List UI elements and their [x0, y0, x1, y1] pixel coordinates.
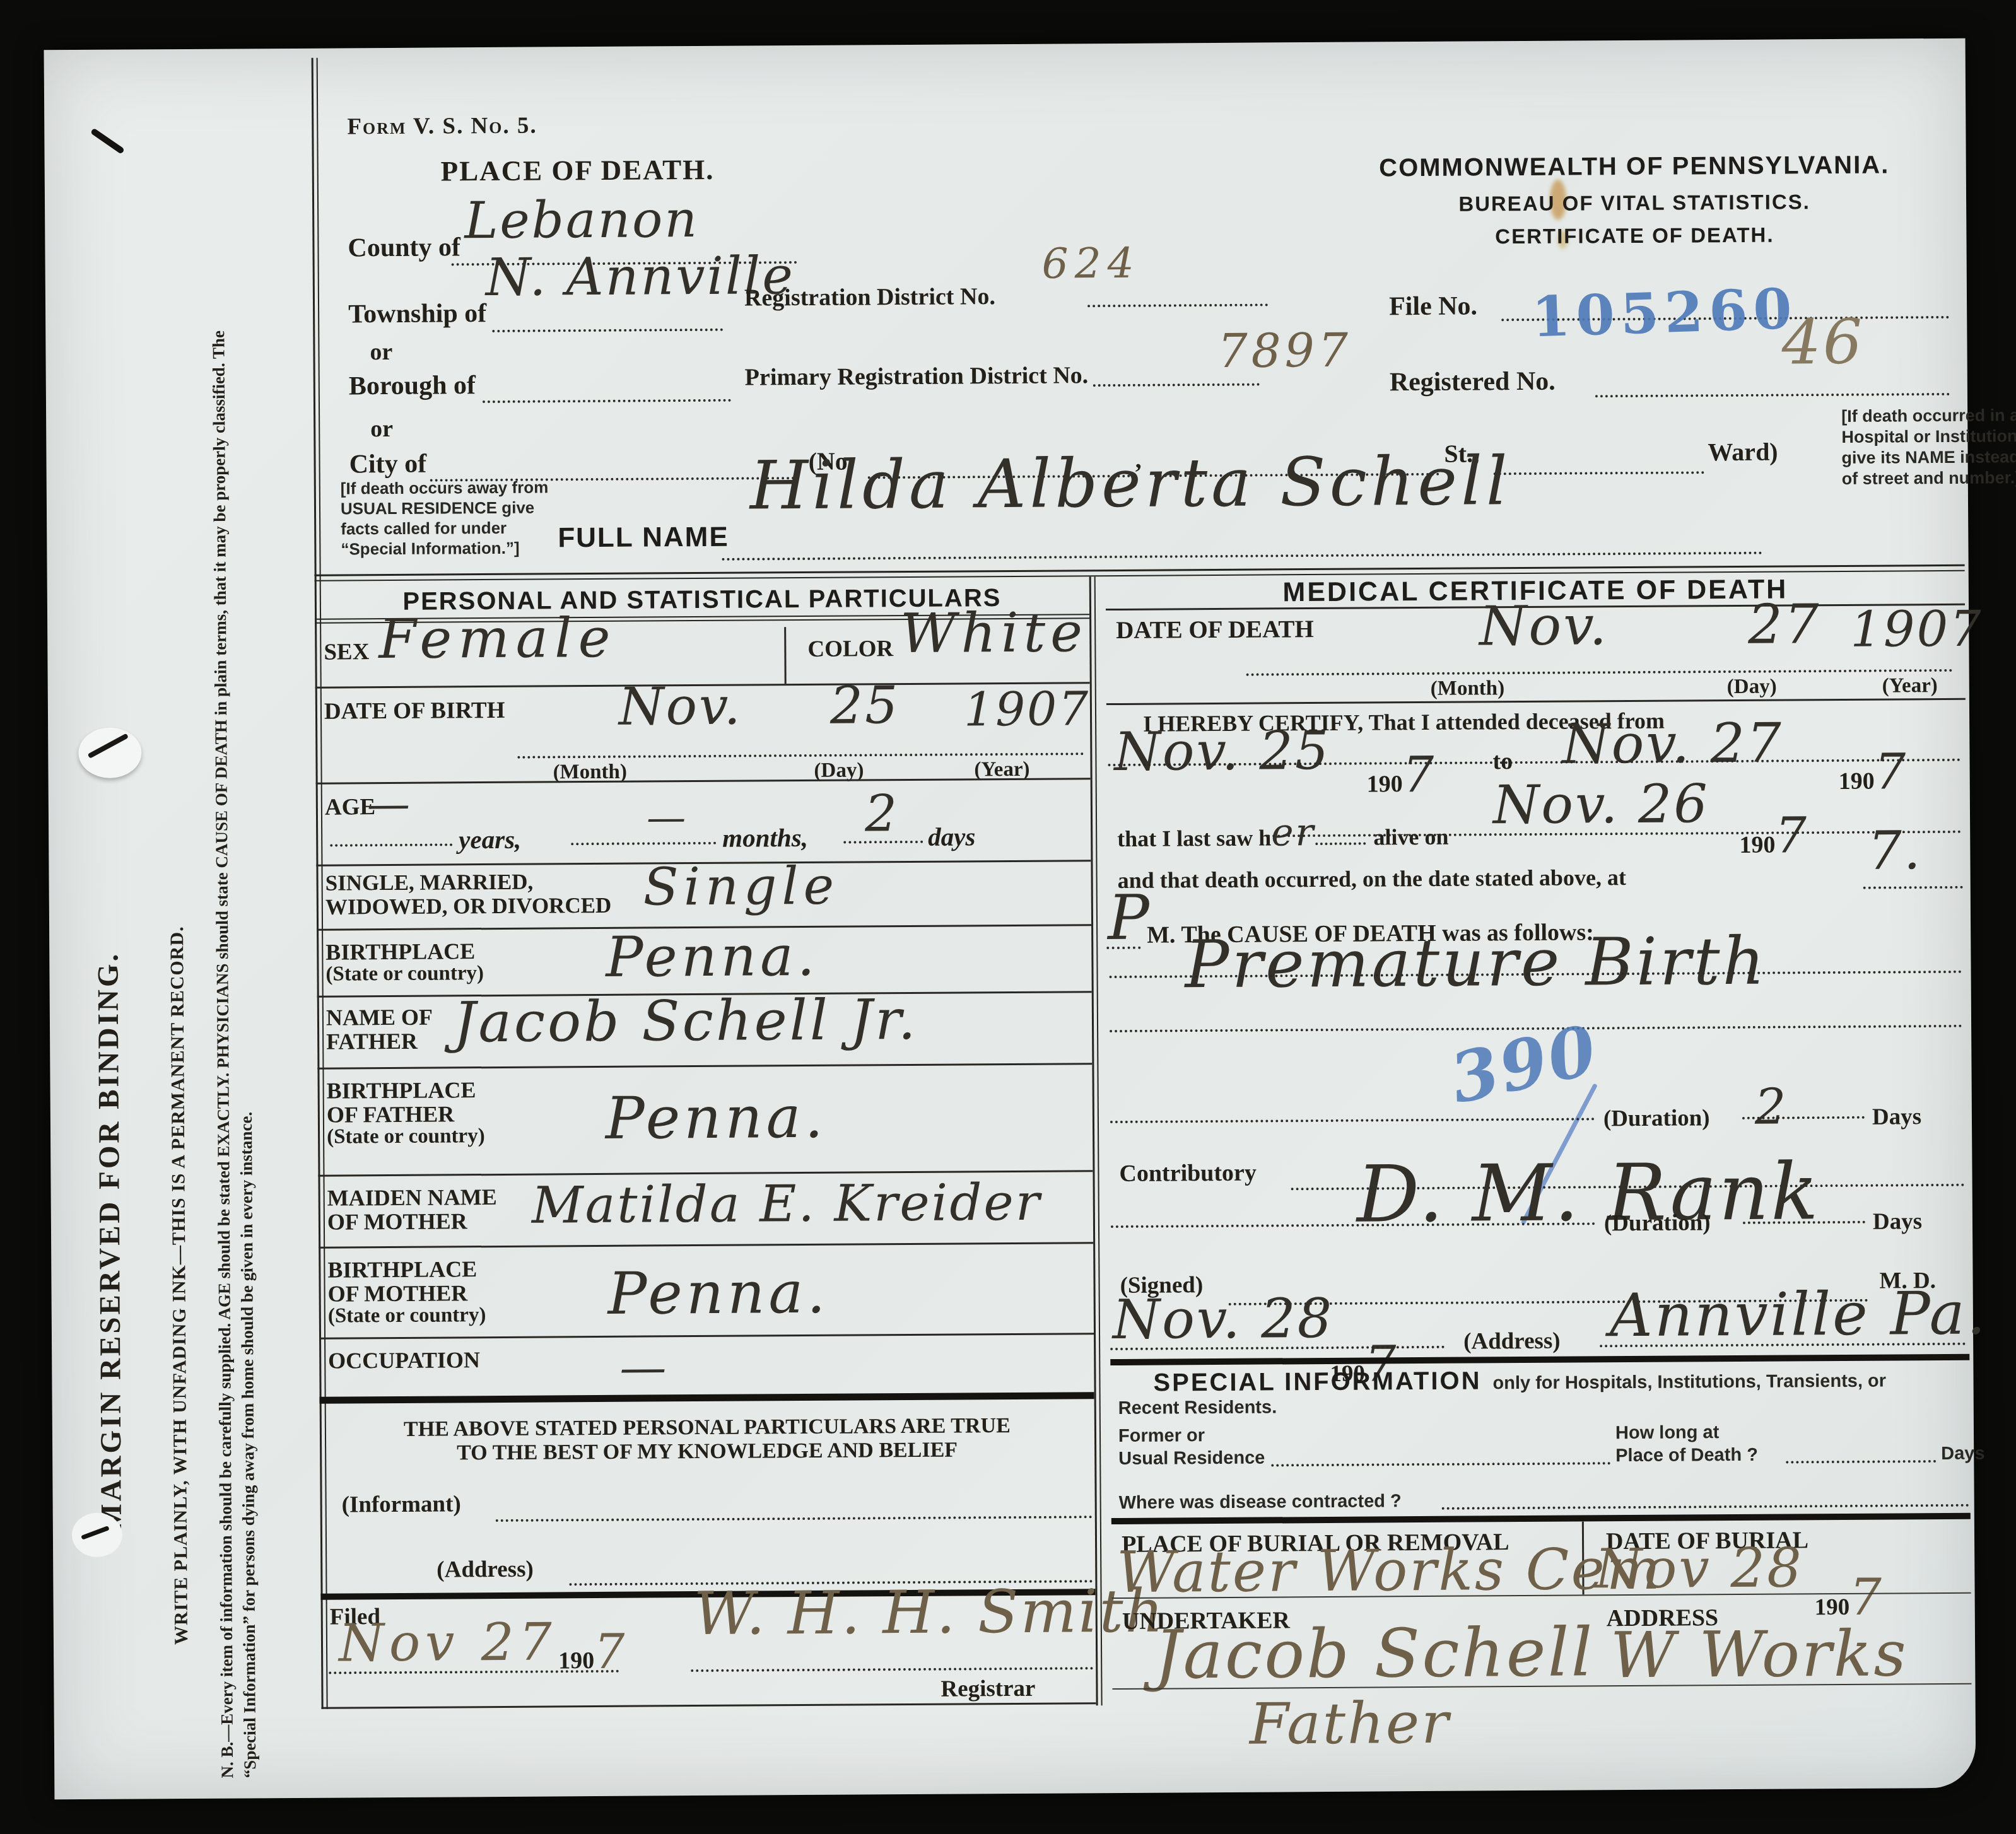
attended-to-year-print: 190 — [1839, 768, 1875, 795]
hospital-note: [If death occurred in a Hospital or Inst… — [1841, 405, 2016, 489]
dod-label: DATE OF DEATH — [1116, 615, 1314, 645]
file-no-stamp: 105260 — [1531, 276, 1799, 350]
disease-contracted-label: Where was disease contracted ? — [1119, 1491, 1402, 1514]
last-saw-er-script: er — [1271, 810, 1316, 855]
township-line[interactable] — [492, 329, 723, 332]
dob-day-value: 25 — [830, 675, 900, 736]
attended-to-value: Nov. 27 — [1562, 712, 1783, 776]
paper-tear — [72, 1513, 122, 1557]
father-name-label-2: FATHER — [326, 1028, 418, 1055]
last-saw-gap-line — [1316, 843, 1366, 845]
duration-lead-line[interactable] — [1110, 1118, 1595, 1123]
occupation-label: OCCUPATION — [328, 1346, 480, 1374]
mother-name-label-2: OF MOTHER — [327, 1208, 467, 1235]
sex-label: SEX — [324, 638, 369, 665]
signed-date-value: Nov. 28 — [1113, 1287, 1334, 1352]
dod-day-value: 27 — [1748, 593, 1821, 657]
attended-to-year: 1907 — [1838, 744, 1908, 801]
age-years-line[interactable] — [330, 843, 452, 846]
registered-no-line[interactable] — [1595, 393, 1950, 397]
former-residence-label-1: Former or — [1118, 1425, 1205, 1447]
registrar-line[interactable] — [691, 1667, 1093, 1672]
age-months-value: — — [647, 794, 688, 840]
dod-day-caption: (Day) — [1727, 675, 1777, 699]
commonwealth-line: COMMONWEALTH OF PENNSYLVANIA. — [1319, 151, 1950, 183]
pm-line — [1106, 947, 1140, 949]
dob-label: DATE OF BIRTH — [324, 697, 505, 725]
primary-registration-value: 7897 — [1217, 324, 1352, 378]
file-no-label: File No. — [1389, 291, 1477, 322]
duration-line[interactable] — [1742, 1116, 1865, 1119]
special-info-heading: SPECIAL INFORMATION — [1153, 1367, 1481, 1397]
signed-address-label: (Address) — [1463, 1328, 1561, 1355]
certificate-line: CERTIFICATE OF DEATH. — [1319, 222, 1950, 250]
registration-district-line[interactable] — [1087, 303, 1268, 307]
paper-tear-slit — [90, 128, 125, 155]
or-word-2: or — [370, 415, 393, 443]
signed-address-value: Annville Pa. — [1610, 1280, 1988, 1351]
alive-on-label: alive on — [1373, 824, 1448, 851]
full-name-value: Hilda Alberta Schell — [749, 442, 1511, 524]
marital-label: SINGLE, MARRIED, — [325, 870, 534, 896]
special-info-line2: Recent Residents. — [1118, 1397, 1277, 1419]
left-column-bottom-rule — [322, 1702, 1096, 1709]
primary-registration-line[interactable] — [1093, 383, 1260, 387]
burial-date-value: Nov 28 — [1595, 1536, 1803, 1601]
column-divider — [1089, 576, 1103, 1705]
full-name-line[interactable] — [722, 552, 1762, 561]
paper-tear — [78, 727, 141, 778]
row-rule — [319, 1333, 1094, 1340]
how-long-label-2: Place of Death ? — [1615, 1445, 1758, 1466]
father-name-label: NAME OF — [326, 1004, 433, 1031]
occupation-value: — — [619, 1340, 669, 1394]
or-word-1: or — [370, 338, 392, 366]
pm-script-value: P — [1108, 882, 1152, 954]
physician-signature: D. M. Rank — [1356, 1147, 1820, 1240]
attended-from-year-script: 7 — [1402, 747, 1436, 803]
former-residence-line[interactable] — [1271, 1462, 1610, 1466]
age-years-word: years, — [459, 824, 521, 855]
death-time-line[interactable] — [1863, 886, 1963, 889]
birthplace-value: Penna. — [606, 923, 819, 990]
section-rule-thick — [320, 1392, 1094, 1404]
birthplace-subcaption: (State or country) — [325, 962, 484, 986]
row-rule — [319, 1242, 1093, 1249]
attended-to-year-script: 7 — [1874, 744, 1908, 800]
attended-from-value: Nov. 25 — [1114, 720, 1330, 783]
undertaker-address-value: W Works — [1610, 1616, 1908, 1692]
disease-contracted-line[interactable] — [1442, 1504, 1969, 1510]
informant-address-label: (Address) — [437, 1556, 534, 1584]
special-info-qualifier: only for Hospitals, Institutions, Transi… — [1492, 1371, 1886, 1394]
mother-birthplace-value: Penna. — [607, 1259, 829, 1328]
how-long-label-1: How long at — [1615, 1422, 1720, 1444]
dod-month-value: Nov. — [1479, 594, 1609, 658]
father-birthplace-label: BIRTHPLACE — [327, 1077, 476, 1104]
county-label: County of — [348, 232, 460, 263]
place-of-death-heading: PLACE OF DEATH. — [441, 153, 715, 188]
age-days-line[interactable] — [843, 841, 923, 844]
duration-days-label: Days — [1872, 1103, 1921, 1130]
death-time-value: 7. — [1868, 819, 1923, 882]
age-months-word: months, — [722, 822, 808, 853]
residence-note: [If death occurs away from USUAL RESIDEN… — [341, 477, 556, 559]
mother-name-value: Matilda E. Kreider — [531, 1173, 1041, 1235]
dod-line[interactable] — [1246, 669, 1953, 676]
color-value: White — [900, 601, 1087, 665]
ward-line[interactable] — [1494, 471, 1704, 475]
registered-no-label: Registered No. — [1390, 366, 1556, 398]
dob-month-value: Nov. — [619, 677, 742, 737]
registration-district-label: Registration District No. — [744, 283, 995, 312]
last-alive-year-print: 190 — [1739, 831, 1775, 859]
form-number: Form V. S. No. 5. — [347, 112, 537, 141]
undertaker-value: Jacob Schell — [1154, 1613, 1595, 1693]
full-name-label: FULL NAME — [558, 522, 729, 554]
county-value: Lebanon — [464, 190, 699, 250]
township-label: Township of — [348, 298, 486, 329]
mother-name-label: MAIDEN NAME — [327, 1184, 497, 1212]
marital-value: Single — [643, 856, 839, 918]
primary-registration-label: Primary Registration District No. — [745, 361, 1089, 391]
sex-color-divider — [784, 627, 787, 684]
how-long-days-label: Days — [1941, 1444, 1985, 1464]
informant-line[interactable] — [496, 1516, 1093, 1522]
duration-value: 2 — [1755, 1078, 1788, 1135]
age-days-word: days — [928, 821, 975, 851]
father-birthplace-subcaption: (State or country) — [327, 1124, 485, 1149]
last-alive-year-script: 7 — [1775, 807, 1808, 864]
dod-year-value: 1907 — [1850, 601, 1983, 658]
duration-label: (Duration) — [1603, 1104, 1710, 1132]
margin-binding-text: MARGIN RESERVED FOR BINDING. — [91, 952, 129, 1532]
row-rule — [1106, 698, 1966, 705]
birthplace-label: BIRTHPLACE — [325, 938, 475, 965]
father-birthplace-value: Penna. — [606, 1083, 827, 1152]
last-saw-line: that I last saw heralive on — [1117, 810, 1449, 856]
bureau-line: BUREAU OF VITAL STATISTICS. — [1319, 189, 1950, 217]
margin-write-plainly-text: WRITE PLAINLY, WITH UNFADING INK—THIS IS… — [167, 926, 192, 1645]
age-months-line[interactable] — [571, 842, 716, 845]
informant-label: (Informant) — [342, 1490, 461, 1518]
truth-statement-2: TO THE BEST OF MY KNOWLEDGE AND BELIEF — [320, 1437, 1094, 1466]
age-days-value: 2 — [865, 784, 899, 843]
father-birthplace-label-2: OF FATHER — [327, 1101, 455, 1128]
row-rule — [317, 1063, 1092, 1070]
special-info-heading-row: SPECIAL INFORMATION only for Hospitals, … — [1153, 1365, 1886, 1398]
city-label: City of — [349, 449, 426, 480]
color-label: COLOR — [807, 635, 893, 663]
marital-label-2: WIDOWED, OR DIVORCED — [325, 893, 612, 920]
sex-value: Female — [378, 607, 617, 671]
duration2-label: (Duration) — [1604, 1209, 1711, 1237]
filed-date-value: Nov 27 — [339, 1612, 557, 1673]
how-long-line[interactable] — [1786, 1460, 1936, 1463]
cause-of-death-value: Premature Birth — [1185, 923, 1767, 1003]
duration2-days-label: Days — [1873, 1208, 1922, 1235]
death-occurred-line: and that death occurred, on the date sta… — [1118, 864, 1627, 894]
father-name-value: Jacob Schell Jr. — [454, 987, 918, 1054]
undertaker-relation-value: Father — [1249, 1690, 1450, 1758]
certificate-paper: MARGIN RESERVED FOR BINDING. WRITE PLAIN… — [44, 38, 1976, 1800]
section-rule-thick — [1110, 1354, 1969, 1365]
ward-label: Ward) — [1708, 437, 1778, 467]
margin-note-text: N. B.—Every item of information should b… — [207, 289, 261, 1778]
mother-birthplace-label-2: OF MOTHER — [327, 1280, 467, 1307]
last-alive-value: Nov. 26 — [1493, 773, 1709, 836]
duration2-line[interactable] — [1743, 1221, 1865, 1224]
age-years-value: — — [367, 780, 412, 829]
attended-from-year-print: 190 — [1367, 770, 1403, 798]
section-rule-thick — [1111, 1513, 1971, 1524]
registered-no-value: 46 — [1781, 307, 1864, 379]
dod-year-caption: (Year) — [1882, 674, 1938, 698]
scanned-death-certificate: { "margin": { "binding": "MARGIN RESERVE… — [0, 0, 2016, 1834]
dod-month-caption: (Month) — [1431, 677, 1505, 701]
registration-district-value: 624 — [1041, 239, 1140, 288]
borough-label: Borough of — [349, 370, 476, 401]
registrar-signature: W. H. H. Smith — [693, 1577, 1165, 1649]
last-saw-prefix: that I last saw h — [1117, 824, 1271, 851]
last-alive-year: 1907 — [1739, 807, 1808, 865]
cause-code-stamp: 390 — [1444, 1010, 1605, 1119]
contributory-label: Contributory — [1119, 1159, 1257, 1188]
dob-year-value: 1907 — [964, 682, 1091, 737]
former-residence-label-2: Usual Residence — [1118, 1448, 1265, 1469]
mother-birthplace-subcaption: (State or country) — [328, 1304, 486, 1328]
state-header: COMMONWEALTH OF PENNSYLVANIA. BUREAU OF … — [1319, 151, 1950, 250]
borough-line[interactable] — [483, 399, 731, 403]
registrar-label: Registrar — [941, 1675, 1035, 1703]
attended-from-year: 1907 — [1366, 747, 1436, 804]
mother-birthplace-label: BIRTHPLACE — [327, 1256, 477, 1283]
